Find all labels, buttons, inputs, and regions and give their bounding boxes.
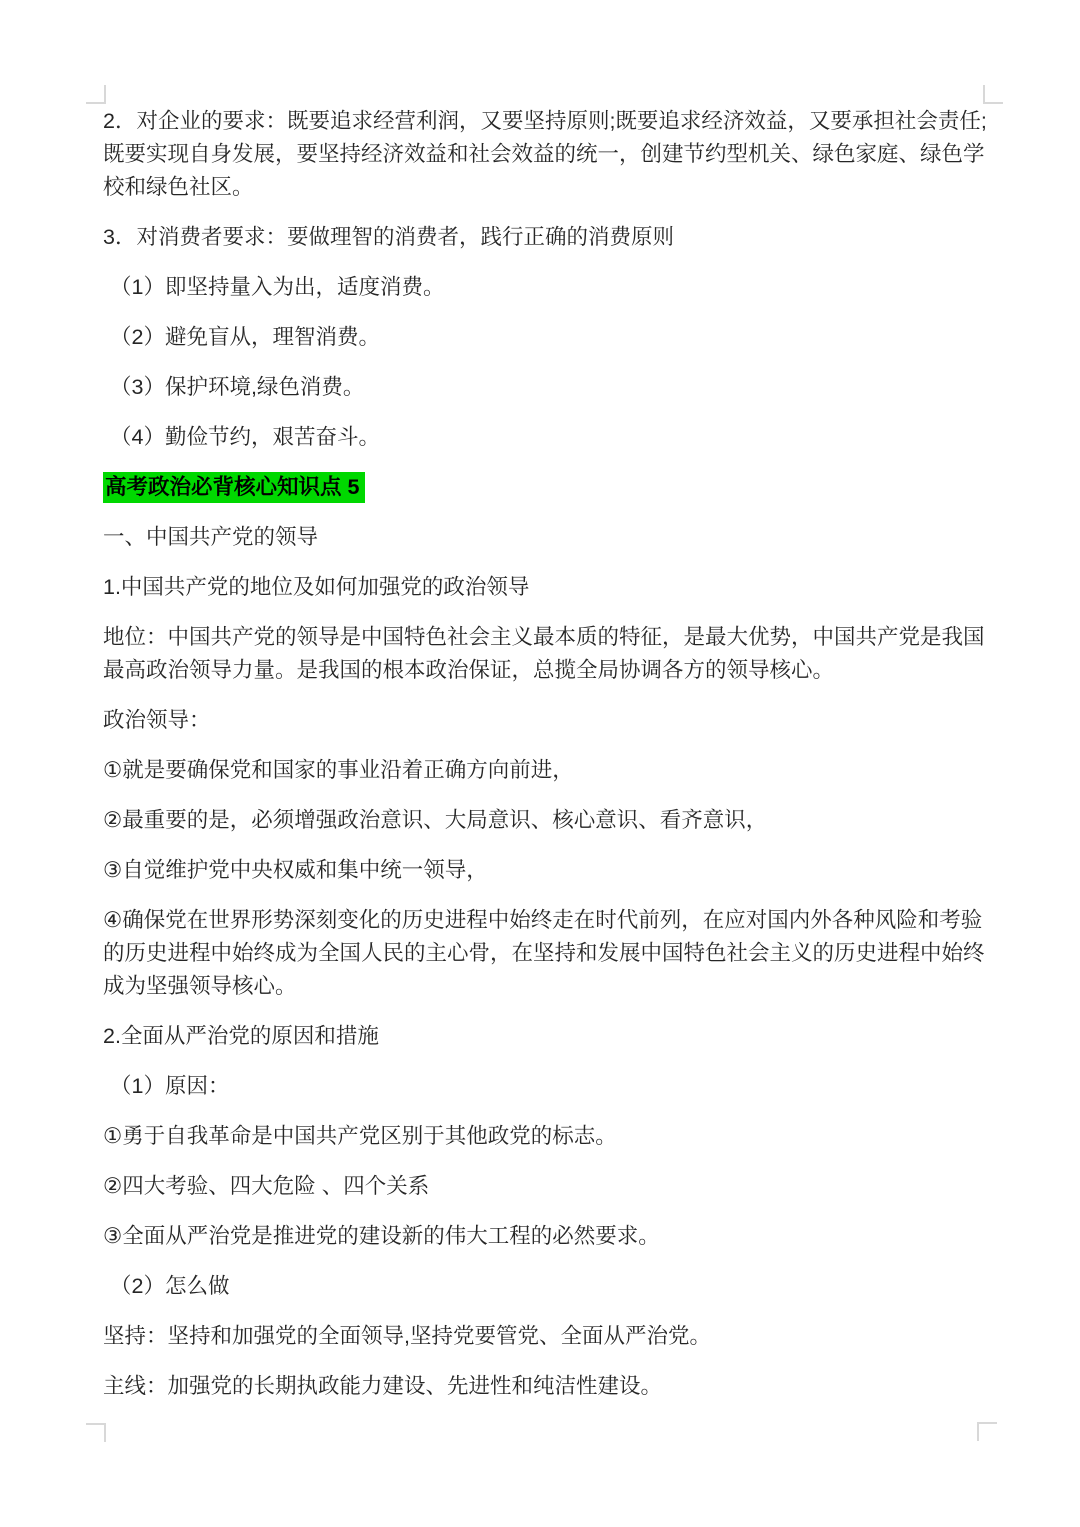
numbered-point-2: ②最重要的是，必须增强政治意识、大局意识、核心意识、看齐意识， (103, 804, 987, 837)
reason-point-3: ③全面从严治党是推进党的建设新的伟大工程的必然要求。 (103, 1220, 987, 1253)
list-item-3: （3）保护环境,绿色消费。 (103, 371, 987, 404)
highlighted-section-heading: 高考政治必背核心知识点 5 (103, 472, 365, 503)
list-item-2: （2）避免盲从，理智消费。 (103, 321, 987, 354)
paragraph-consumer-requirements: 3．对消费者要求：要做理智的消费者，践行正确的消费原则 (103, 221, 987, 254)
numbered-point-4: ④确保党在世界形势深刻变化的历史进程中始终走在时代前列，在应对国内外各种风险和考… (103, 904, 987, 1003)
document-body: 2．对企业的要求：既要追求经营利润，又要坚持原则;既要追求经济效益，又要承担社会… (103, 105, 987, 1420)
page-corner-mark-top-right (983, 85, 1003, 104)
section-heading-row: 高考政治必背核心知识点 5 (103, 471, 987, 504)
point-1-title: 1.中国共产党的地位及如何加强党的政治领导 (103, 571, 987, 604)
subsection-title-party-leadership: 一、中国共产党的领导 (103, 521, 987, 554)
paragraph-political-leadership-label: 政治领导： (103, 704, 987, 737)
reason-point-2: ②四大考验、四大危险 、四个关系 (103, 1170, 987, 1203)
sub-item-how-to: （2）怎么做 (103, 1270, 987, 1303)
paragraph-uphold: 坚持：坚持和加强党的全面领导,坚持党要管党、全面从严治党。 (103, 1320, 987, 1353)
paragraph-main-line: 主线：加强党的长期执政能力建设、先进性和纯洁性建设。 (103, 1370, 987, 1403)
page-corner-mark-top-left (86, 85, 106, 104)
page-corner-mark-bottom-left (86, 1423, 106, 1442)
numbered-point-3: ③自觉维护党中央权威和集中统一领导， (103, 854, 987, 887)
sub-item-reason: （1）原因： (103, 1070, 987, 1103)
reason-point-1: ①勇于自我革命是中国共产党区别于其他政党的标志。 (103, 1120, 987, 1153)
list-item-4: （4）勤俭节约，艰苦奋斗。 (103, 421, 987, 454)
list-item-1: （1）即坚持量入为出，适度消费。 (103, 271, 987, 304)
paragraph-party-status: 地位：中国共产党的领导是中国特色社会主义最本质的特征，是最大优势，中国共产党是我… (103, 621, 987, 687)
page-corner-mark-bottom-right (977, 1422, 997, 1441)
numbered-point-1: ①就是要确保党和国家的事业沿着正确方向前进， (103, 754, 987, 787)
document-page: 2．对企业的要求：既要追求经营利润，又要坚持原则;既要追求经济效益，又要承担社会… (0, 0, 1080, 1527)
point-2-title: 2.全面从严治党的原因和措施 (103, 1020, 987, 1053)
paragraph-enterprise-requirements: 2．对企业的要求：既要追求经营利润，又要坚持原则;既要追求经济效益，又要承担社会… (103, 105, 987, 204)
